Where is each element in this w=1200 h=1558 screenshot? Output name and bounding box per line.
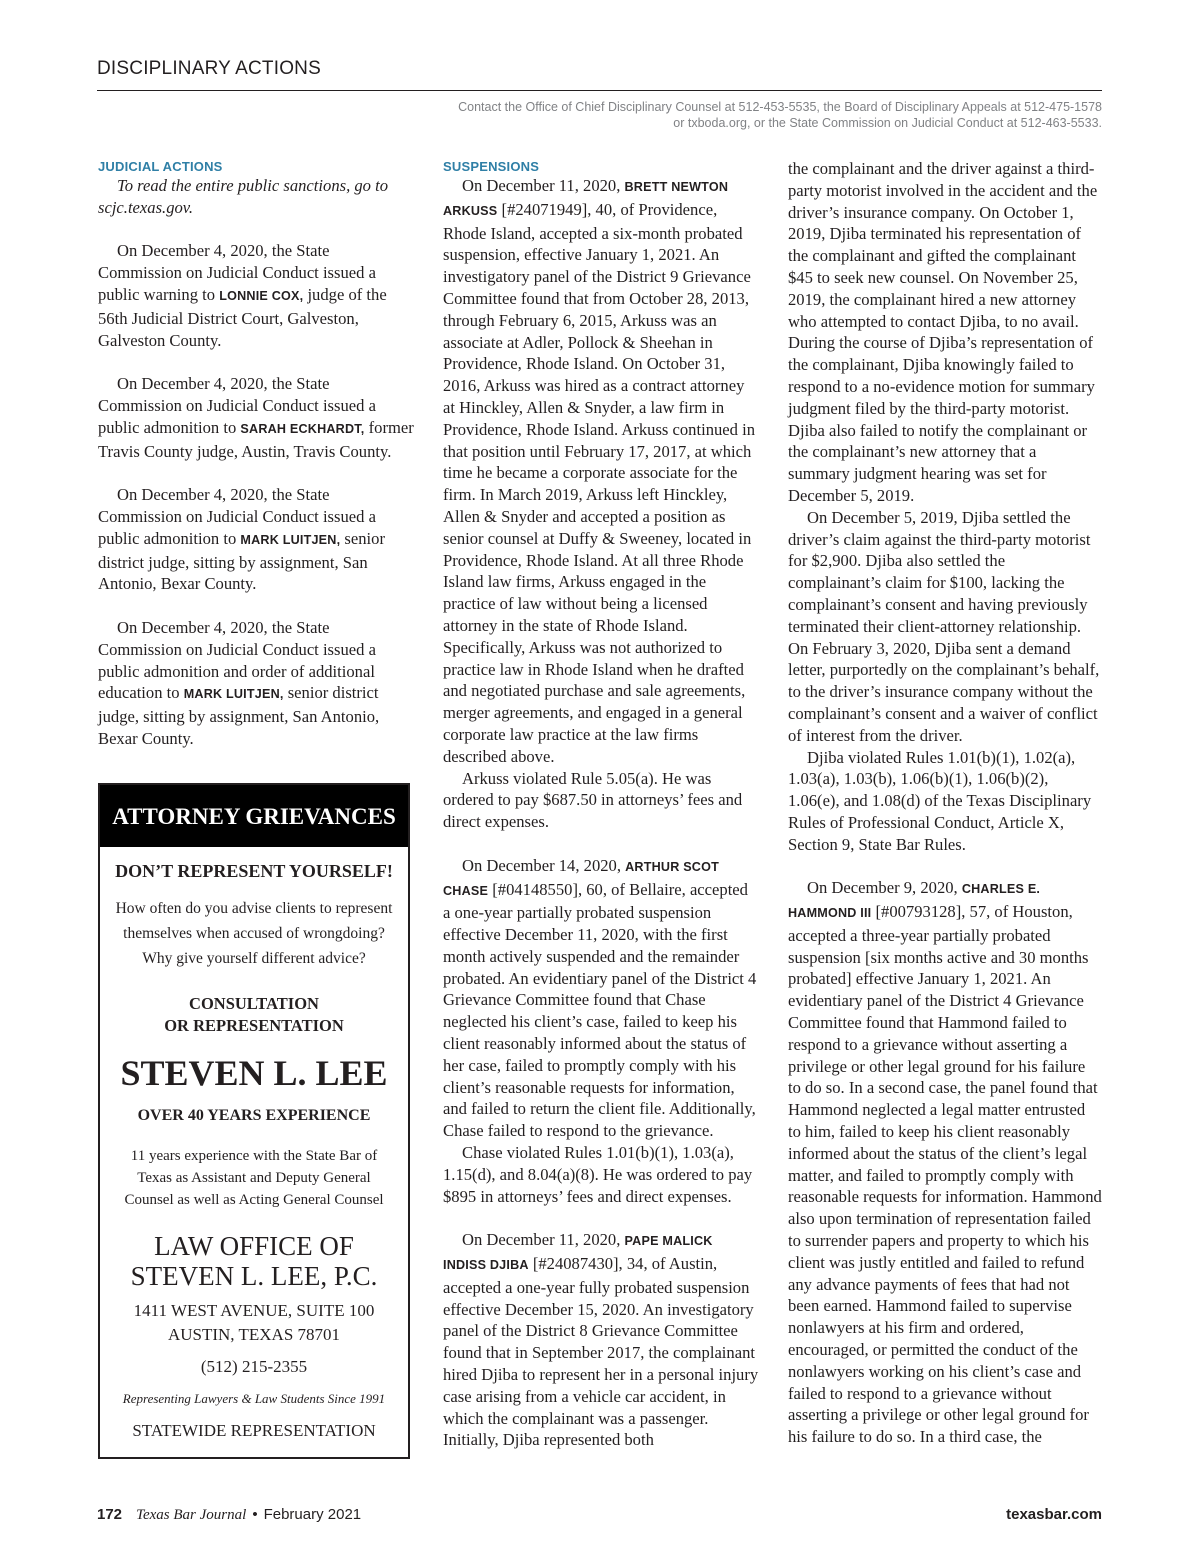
judicial-item: On December 4, 2020, the State Commissio…: [98, 373, 414, 462]
ad-question: How often do you advise clients to repre…: [100, 896, 408, 971]
ad-phone: (512) 215-2355: [100, 1357, 408, 1377]
header-rule: [97, 90, 1102, 91]
suspension-item-arkuss: On December 11, 2020, BRETT NEWTON ARKUS…: [443, 175, 759, 768]
ad-attorney-name: STEVEN L. LEE: [100, 1053, 408, 1093]
journal-title: Texas Bar Journal: [136, 1507, 246, 1524]
suspension-item-chase: On December 14, 2020, ARTHUR SCOT CHASE …: [443, 855, 759, 1142]
respondent-name: MARK LUITJEN,: [240, 533, 340, 547]
website-link[interactable]: texasbar.com: [1006, 1506, 1102, 1523]
bullet-separator: •: [252, 1506, 257, 1523]
judicial-item: On December 4, 2020, the State Commissio…: [98, 617, 414, 750]
suspension-item-hammond: On December 9, 2020, CHARLES E. HAMMOND …: [788, 877, 1102, 1448]
violation-arkuss: Arkuss violated Rule 5.05(a). He was ord…: [443, 768, 759, 833]
judicial-item: On December 4, 2020, the State Commissio…: [98, 484, 414, 595]
ad-title: ATTORNEY GRIEVANCES: [100, 785, 408, 847]
respondent-name: LONNIE COX,: [219, 289, 303, 303]
column-suspensions-continued: the complainant and the driver against a…: [788, 158, 1102, 1448]
violation-chase: Chase violated Rules 1.01(b)(1), 1.03(a)…: [443, 1142, 759, 1207]
djiba-settlement: On December 5, 2019, Djiba settled the d…: [788, 507, 1102, 747]
issue-date: February 2021: [264, 1506, 362, 1523]
judicial-actions-heading: JUDICIAL ACTIONS: [98, 158, 414, 175]
contact-line-2: or txboda.org, or the State Commission o…: [302, 115, 1102, 131]
respondent-name: SARAH ECKHARDT,: [240, 422, 364, 436]
djiba-continued: the complainant and the driver against a…: [788, 158, 1102, 507]
column-judicial-actions: JUDICIAL ACTIONS To read the entire publ…: [98, 158, 414, 750]
violation-djiba: Djiba violated Rules 1.01(b)(1), 1.02(a)…: [788, 747, 1102, 856]
attorney-grievances-ad: ATTORNEY GRIEVANCES DON’T REPRESENT YOUR…: [98, 783, 410, 1459]
judicial-intro: To read the entire public sanctions, go …: [98, 175, 414, 219]
section-title: DISCIPLINARY ACTIONS: [97, 58, 321, 80]
ad-address: 1411 WEST AVENUE, SUITE 100 AUSTIN, TEXA…: [100, 1299, 408, 1347]
ad-consultation: CONSULTATION OR REPRESENTATION: [100, 993, 408, 1037]
contact-line-1: Contact the Office of Chief Disciplinary…: [302, 99, 1102, 115]
judicial-item: On December 4, 2020, the State Commissio…: [98, 240, 414, 351]
page-number: 172: [97, 1506, 122, 1523]
contact-info: Contact the Office of Chief Disciplinary…: [302, 99, 1102, 131]
ad-experience: OVER 40 YEARS EXPERIENCE: [100, 1107, 408, 1125]
ad-tagline: Representing Lawyers & Law Students Sinc…: [100, 1391, 408, 1407]
respondent-name: MARK LUITJEN,: [184, 687, 284, 701]
suspension-item-djiba: On December 11, 2020, PAPE MALICK INDISS…: [443, 1229, 759, 1451]
page-footer-left: 172 Texas Bar Journal • February 2021: [97, 1506, 361, 1524]
column-suspensions: SUSPENSIONS On December 11, 2020, BRETT …: [443, 158, 759, 1451]
ad-law-office: LAW OFFICE OF STEVEN L. LEE, P.C.: [100, 1231, 408, 1291]
ad-bio: 11 years experience with the State Bar o…: [100, 1145, 408, 1211]
ad-coverage: STATEWIDE REPRESENTATION: [100, 1421, 408, 1441]
suspensions-heading: SUSPENSIONS: [443, 158, 759, 175]
ad-subtitle: DON’T REPRESENT YOURSELF!: [100, 861, 408, 882]
